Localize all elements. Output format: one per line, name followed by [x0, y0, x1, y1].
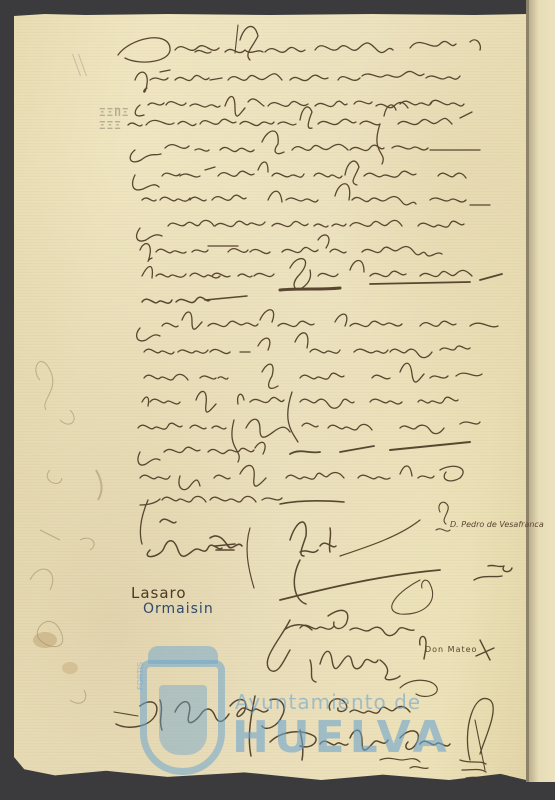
scanner-bottom-edge	[0, 782, 555, 800]
signature: Don Mateo	[425, 645, 477, 654]
signature: D. Pedro de Vesafranca	[450, 520, 544, 529]
blue-ink-annotation: Lasaro Ormaisin	[143, 585, 214, 617]
